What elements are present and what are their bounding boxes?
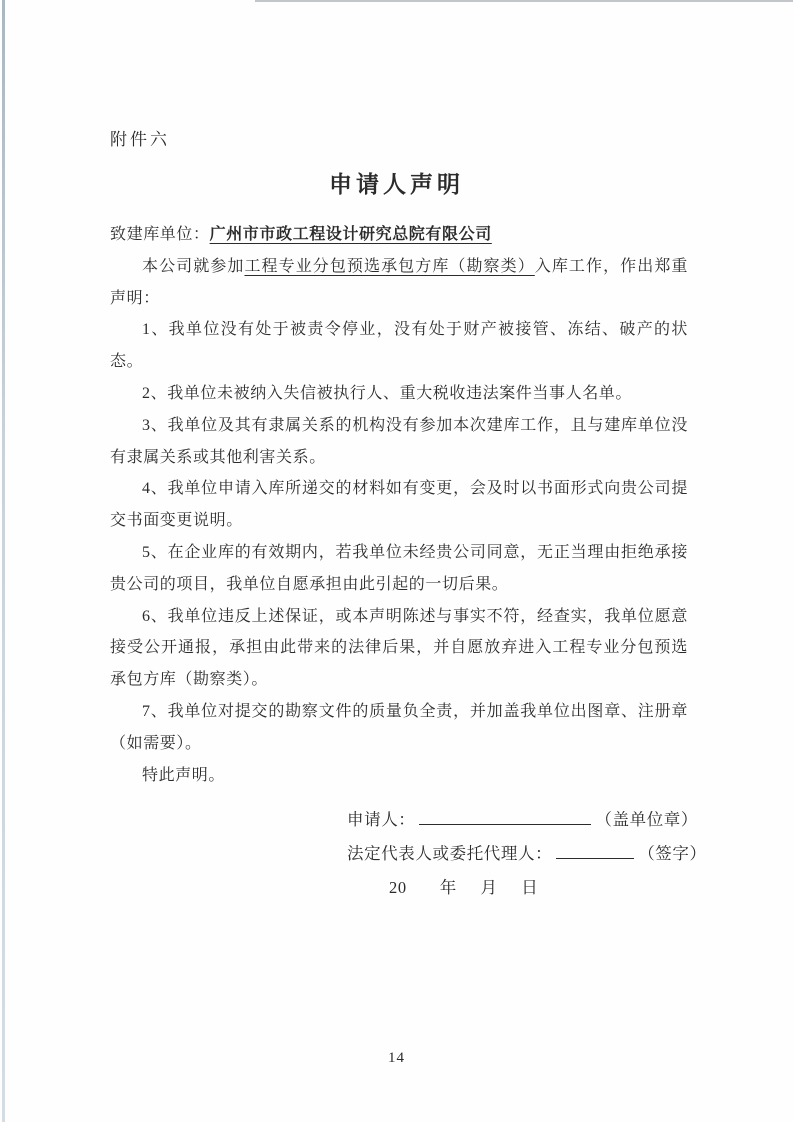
declaration-item-6: 6、我单位违反上述保证，或本声明陈述与事实不符，经查实，我单位愿意接受公开通报，… [110,601,688,696]
representative-signature-blank [556,843,634,859]
representative-sign-note: （签字） [638,844,706,863]
declaration-item-7: 7、我单位对提交的勘察文件的质量负全责，并加盖我单位出图章、注册章（如需要）。 [110,696,688,760]
recipient-company-name: 广州市市政工程设计研究总院有限公司 [210,226,492,243]
intro-pre-text: 本公司就参加 [142,258,244,275]
date-line: 20 年 月 日 [389,871,707,905]
declaration-item-1: 1、我单位没有处于被责令停业，没有处于财产被接管、冻结、破产的状态。 [110,314,688,378]
representative-signature-row: 法定代表人或委托代理人：（签字） [347,837,707,871]
closing-line: 特此声明。 [110,760,688,792]
applicant-signature-blank [419,809,591,825]
recipient-line: 致建库单位：广州市市政工程设计研究总院有限公司 [110,219,688,251]
intro-underlined-text: 工程专业分包预选承包方库（勘察类） [244,258,534,275]
declaration-item-4: 4、我单位申请入库所递交的材料如有变更，会及时以书面形式向贵公司提交书面变更说明… [110,473,688,537]
applicant-label: 申请人： [347,810,415,829]
intro-paragraph: 本公司就参加工程专业分包预选承包方库（勘察类）入库工作，作出郑重声明： [110,251,688,315]
document-page: 附件六 申请人声明 致建库单位：广州市市政工程设计研究总院有限公司 本公司就参加… [0,0,793,1122]
document-title: 申请人声明 [0,166,793,199]
attachment-label: 附件六 [110,125,170,150]
applicant-seal-note: （盖单位章） [595,810,698,829]
declaration-item-2: 2、我单位未被纳入失信被执行人、重大税收违法案件当事人名单。 [110,378,688,410]
page-number: 14 [0,1050,793,1067]
scan-edge-artifact-top [255,0,793,2]
declaration-item-5: 5、在企业库的有效期内，若我单位未经贵公司同意，无正当理由拒绝承接贵公司的项目，… [110,537,688,601]
representative-label: 法定代表人或委托代理人： [347,844,552,863]
signature-block: 申请人：（盖单位章） 法定代表人或委托代理人：（签字） 20 年 月 日 [347,803,707,905]
recipient-prefix: 致建库单位： [110,226,210,243]
declaration-item-3: 3、我单位及其有隶属关系的机构没有参加本次建库工作，且与建库单位没有隶属关系或其… [110,410,688,474]
applicant-signature-row: 申请人：（盖单位章） [347,803,707,837]
document-body: 致建库单位：广州市市政工程设计研究总院有限公司 本公司就参加工程专业分包预选承包… [110,219,688,791]
